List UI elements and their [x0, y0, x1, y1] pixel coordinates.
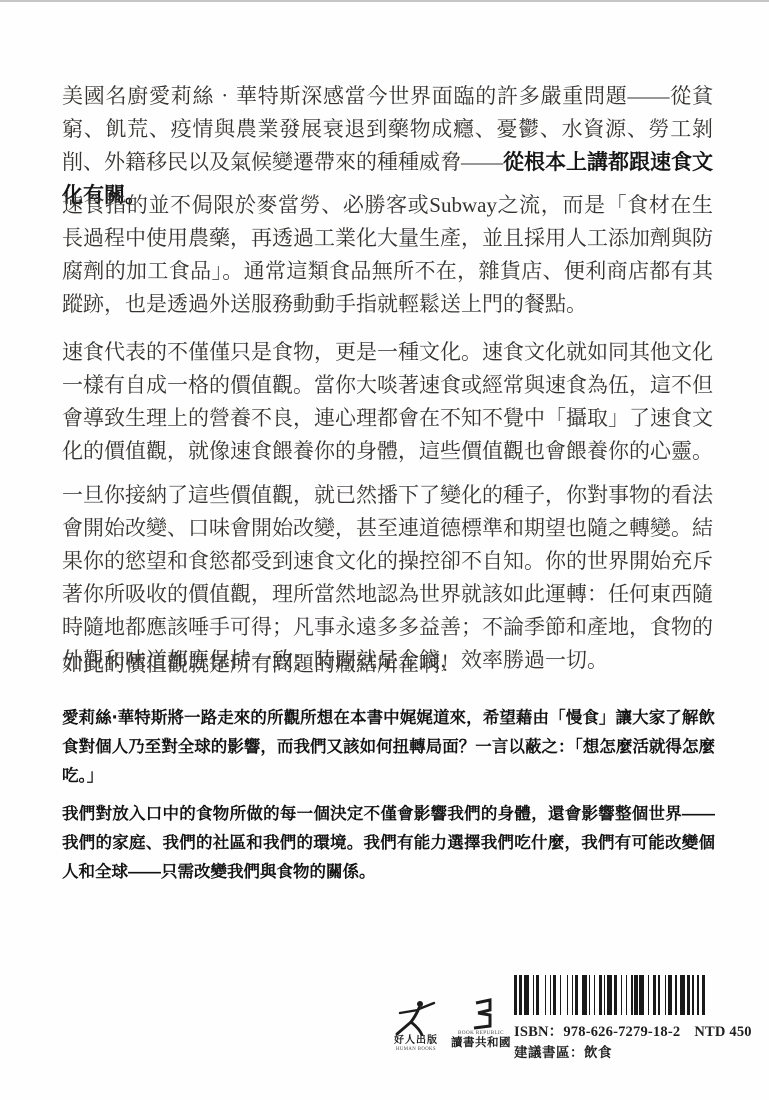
leaping-person-icon	[388, 1000, 444, 1036]
suggested-category: 建議書區：飲食	[514, 1041, 612, 1061]
back-cover-paragraph-3: 速食代表的不僅僅只是食物，更是一種文化。速食文化就如同其他文化一樣有自成一格的價…	[62, 336, 713, 468]
isbn-row: ISBN：978-626-7279-18-2NTD 450	[514, 1020, 764, 1041]
colophon: 好人出版 HUMAN BOOKS BOOK REPUBLIC 讀書共和國 ISB…	[0, 965, 769, 1065]
isbn-number: ISBN：978-626-7279-18-2	[514, 1024, 680, 1040]
group-name: 讀書共和國	[449, 1037, 513, 1050]
group-english-name: BOOK REPUBLIC	[454, 1031, 508, 1037]
publisher-logo: 好人出版 HUMAN BOOKS	[388, 1000, 444, 1052]
book-back-cover: 美國名廚愛莉絲‧華特斯深感當今世界面臨的許多嚴重問題——從貧窮、飢荒、疫情與農業…	[0, 0, 769, 1100]
back-cover-paragraph-6: 愛莉絲‧華特斯將一路走來的所觀所想在本書中娓娓道來，希望藉由「慢食」讓大家了解飲…	[62, 704, 715, 791]
isbn-barcode	[514, 975, 710, 1015]
back-cover-paragraph-7: 我們對放入口中的食物所做的每一個決定不僅會影響我們的身體，還會影響整個世界——我…	[62, 800, 715, 887]
folded-book-icon	[449, 998, 513, 1030]
publisher-subtext: HUMAN BOOKS	[394, 1047, 439, 1052]
publishing-group-logo: BOOK REPUBLIC 讀書共和國	[449, 998, 513, 1050]
price-label: NTD 450	[694, 1024, 751, 1040]
back-cover-paragraph-2: 速食指的並不侷限於麥當勞、必勝客或Subway之流，而是「食材在生長過程中使用農…	[62, 189, 713, 321]
back-cover-paragraph-5: 如此的價值觀就是所有問題的癥結所在啊！	[62, 648, 713, 681]
publisher-name: 好人出版	[388, 1036, 444, 1046]
